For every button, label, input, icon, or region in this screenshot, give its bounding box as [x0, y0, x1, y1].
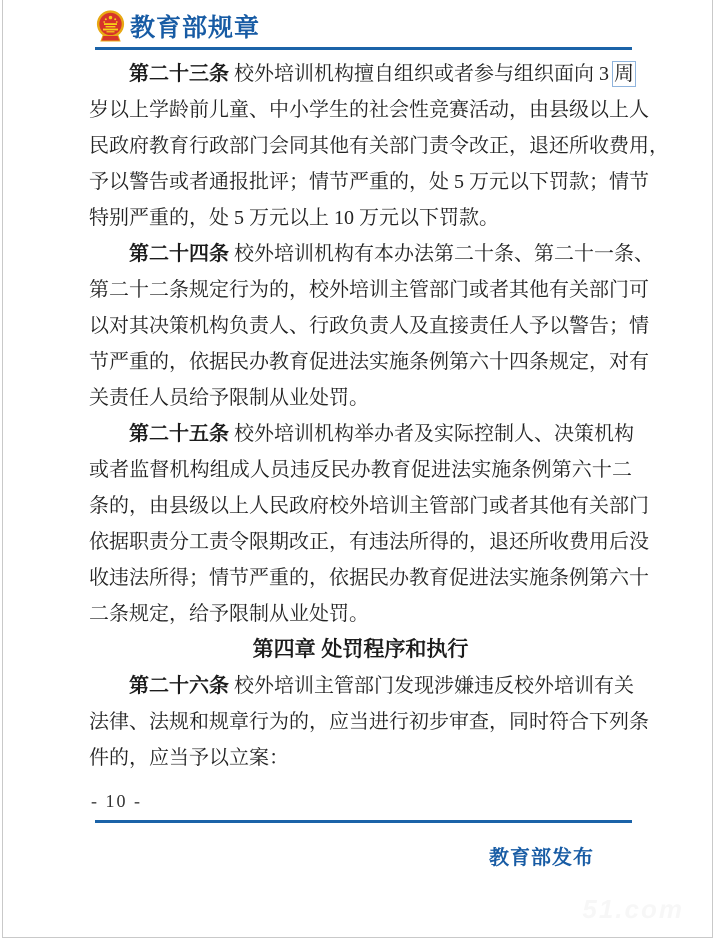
text-line: 关责任人员给予限制从业处罚。 — [89, 380, 632, 416]
article-number: 第二十六条 — [129, 675, 229, 697]
text-line: 节严重的，依据民办教育促进法实施条例第六十四条规定，对有 — [89, 344, 632, 380]
text-line: 民政府教育行政部门会同其他有关部门责令改正，退还所收费用， — [89, 128, 632, 164]
text-line: 法律、法规和规章行为的，应当进行初步审查，同时符合下列条 — [89, 704, 632, 740]
text-line: 依据职责分工责令限期改正，有违法所得的，退还所收费用后没 — [89, 524, 632, 560]
text-line: 第二十四条 校外培训机构有本办法第二十条、第二十一条、 — [89, 236, 632, 272]
article-paragraph: 第二十三条 校外培训机构擅自组织或者参与组织面向 3 周岁以上学龄前儿童、中小学… — [89, 56, 632, 236]
page-header: 教育部规章 — [94, 8, 260, 44]
national-emblem-icon — [94, 9, 127, 44]
article-number: 第二十四条 — [129, 243, 229, 265]
text-line: 二条规定，给予限制从业处罚。 — [89, 596, 632, 632]
text-line: 以对其决策机构负责人、行政负责人及直接责任人予以警告；情 — [89, 308, 632, 344]
article-paragraph: 第二十四条 校外培训机构有本办法第二十条、第二十一条、第二十二条规定行为的，校外… — [89, 236, 632, 416]
text-line: 或者监督机构组成人员违反民办教育促进法实施条例第六十二 — [89, 452, 632, 488]
cursor-box: 周 — [614, 63, 634, 85]
header-divider — [95, 47, 632, 50]
footer-divider — [95, 820, 632, 823]
text-line: 特别严重的，处 5 万元以上 10 万元以下罚款。 — [89, 200, 632, 236]
chapter-heading: 第四章 处罚程序和执行 — [89, 632, 632, 668]
text-line: 第二十六条 校外培训主管部门发现涉嫌违反校外培训有关 — [89, 668, 632, 704]
text-line: 件的，应当予以立案： — [89, 740, 632, 776]
document-body: 第二十三条 校外培训机构擅自组织或者参与组织面向 3 周岁以上学龄前儿童、中小学… — [89, 56, 632, 776]
publisher-label: 教育部发布 — [89, 841, 632, 870]
text-line: 条的，由县级以上人民政府校外培训主管部门或者其他有关部门 — [89, 488, 632, 524]
text-line: 第二十五条 校外培训机构举办者及实际控制人、决策机构 — [89, 416, 632, 452]
watermark: 51.com — [582, 894, 684, 925]
text-line: 第二十二条规定行为的，校外培训主管部门或者其他有关部门可 — [89, 272, 632, 308]
article-paragraph: 第二十六条 校外培训主管部门发现涉嫌违反校外培训有关法律、法规和规章行为的，应当… — [89, 668, 632, 776]
header-title: 教育部规章 — [130, 8, 260, 44]
document-page: 教育部规章 第二十三条 校外培训机构擅自组织或者参与组织面向 3 周岁以上学龄前… — [2, 0, 713, 938]
article-number: 第二十三条 — [129, 63, 229, 85]
article-paragraph: 第二十五条 校外培训机构举办者及实际控制人、决策机构或者监督机构组成人员违反民办… — [89, 416, 632, 632]
text-line: 收违法所得；情节严重的，依据民办教育促进法实施条例第六十 — [89, 560, 632, 596]
page-number: - 10 - — [91, 791, 142, 812]
text-line: 予以警告或者通报批评；情节严重的，处 5 万元以下罚款；情节 — [89, 164, 632, 200]
article-number: 第二十五条 — [129, 423, 229, 445]
text-line: 第二十三条 校外培训机构擅自组织或者参与组织面向 3 周 — [89, 56, 632, 92]
text-line: 岁以上学龄前儿童、中小学生的社会性竞赛活动，由县级以上人 — [89, 92, 632, 128]
